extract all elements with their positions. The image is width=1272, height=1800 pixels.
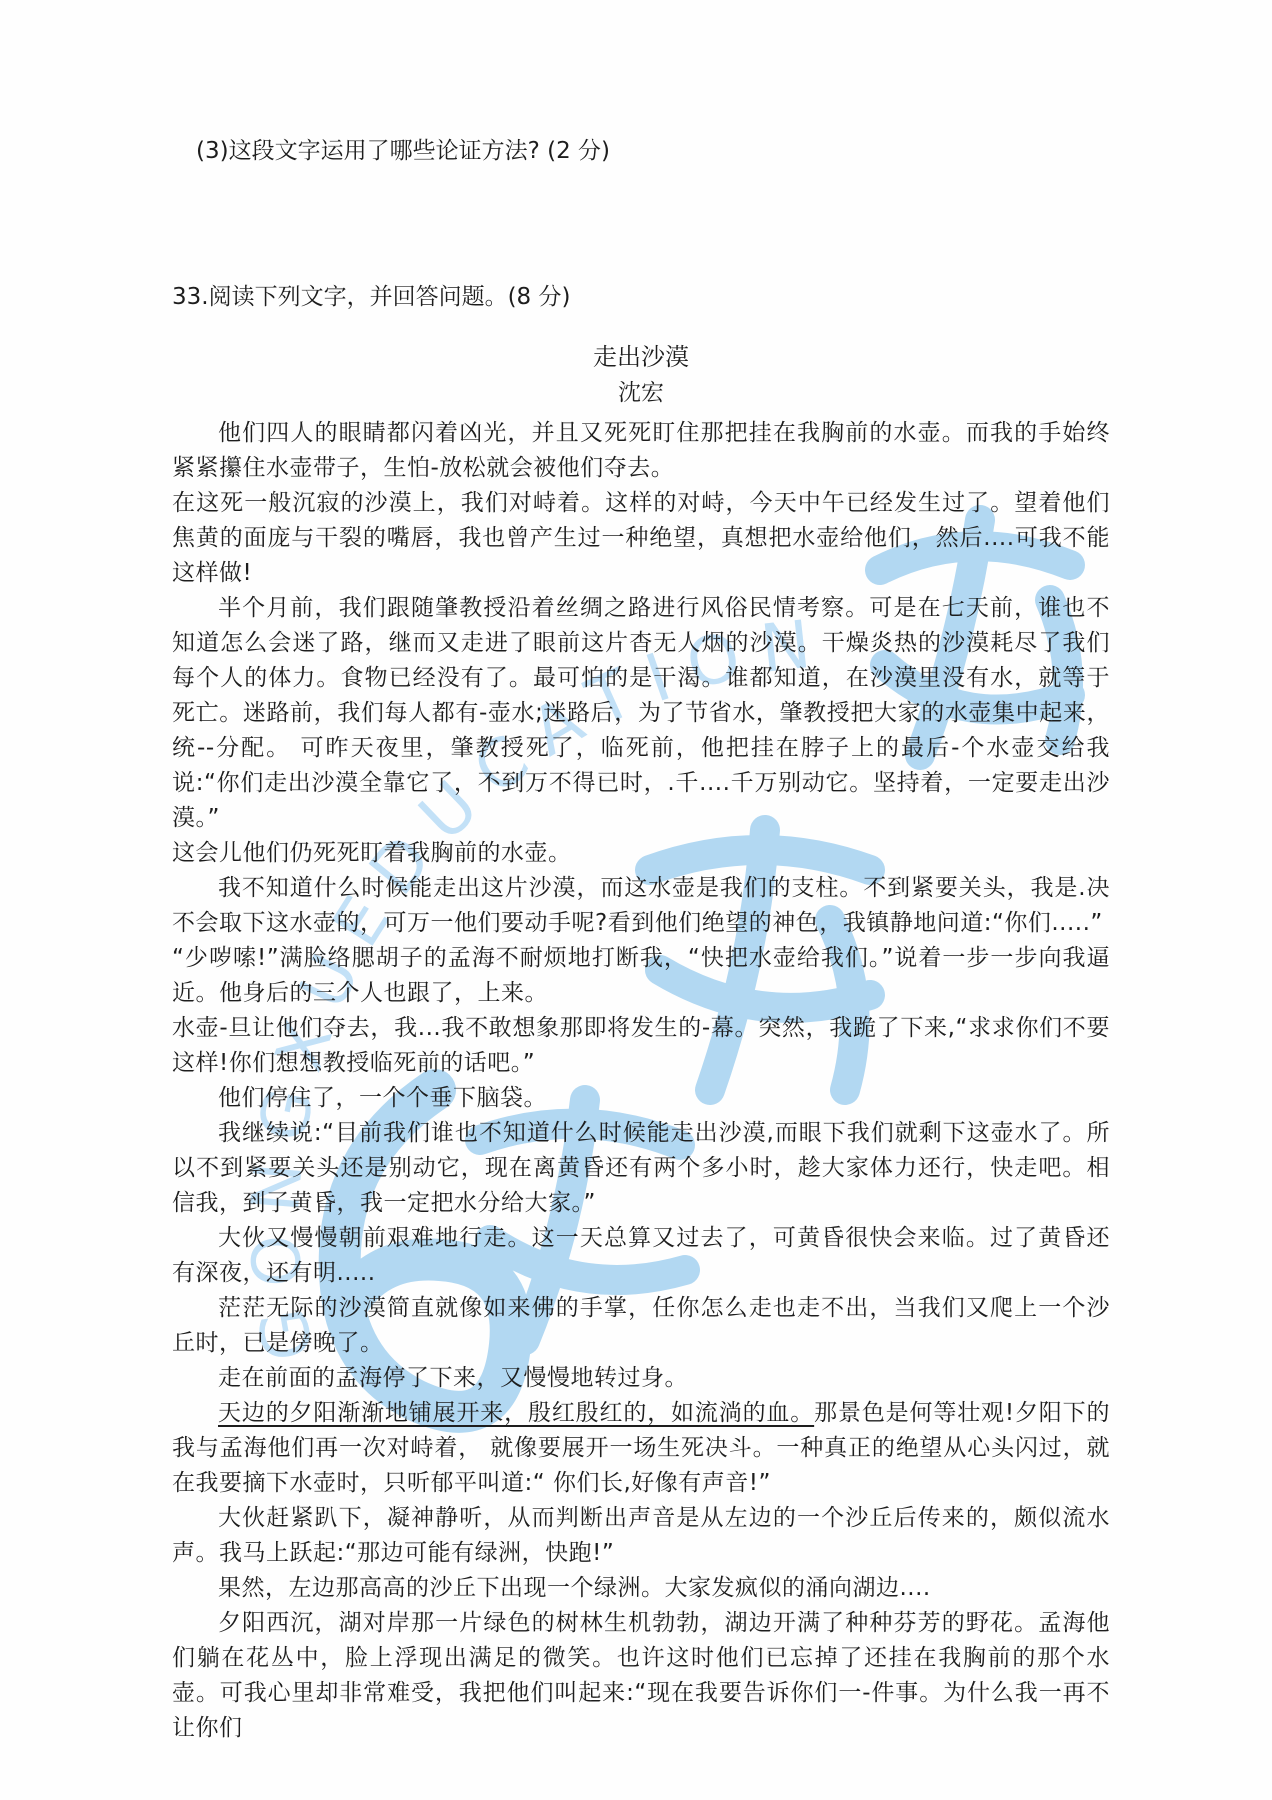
sentence-text: 果然，左边那高高的沙丘下出现一个绿洲。大家发疯似的涌向湖边.... [218, 1575, 931, 1601]
sentence-text: “少哕嗦!”满脸络腮胡子的孟海不耐烦地打断我，“快把水壶给我们。”说着一步一步向… [172, 945, 1110, 1006]
sentence-text: 水壶-旦让他们夺去，我...我不敢想象那即将发生的-幕。突然，我跪了下来,“求求… [172, 1015, 1110, 1076]
sentence-text: 我不知道什么时候能走出这片沙漠，而这水壶是我们的支柱。不到紧要关头，我是.决不会… [172, 875, 1110, 936]
sentence-text: 在这死一般沉寂的沙漠上，我们对峙着。这样的对峙，今天中午已经发生过了。望着他们焦… [172, 490, 1110, 586]
article-body: 他们四人的眼睛都闪着凶光，并且又死死盯住那把挂在我胸前的水壶。而我的手始终紧紧攥… [172, 416, 1110, 1746]
paragraph: 茫茫无际的沙漠简直就像如来佛的手掌，任你怎么走也走不出，当我们又爬上一个沙丘时，… [172, 1291, 1110, 1361]
paragraph: 在这死一般沉寂的沙漠上，我们对峙着。这样的对峙，今天中午已经发生过了。望着他们焦… [172, 486, 1110, 591]
reading-passage: 走出沙漠 沈宏 他们四人的眼睛都闪着凶光，并且又死死盯住那把挂在我胸前的水壶。而… [172, 340, 1110, 1746]
paragraph: 半个月前，我们跟随肇教授沿着丝绸之路进行风俗民情考察。可是在七天前，谁也不知道怎… [172, 591, 1110, 836]
paragraph: 我不知道什么时候能走出这片沙漠，而这水壶是我们的支柱。不到紧要关头，我是.决不会… [172, 871, 1110, 941]
sentence-text: 这会儿他们仍死死盯着我胸前的水壶。 [172, 840, 572, 866]
paragraph: 夕阳西沉，湖对岸那一片绿色的树林生机勃勃，湖边开满了种种芬芳的野花。孟海他们躺在… [172, 1606, 1110, 1746]
sentence-text: 他们停住了，一个个垂下脑袋。 [218, 1085, 547, 1111]
section-header-question-33: 33.阅读下列文字，并回答问题。(8 分) [172, 278, 570, 311]
paragraph: 他们停住了，一个个垂下脑袋。 [172, 1081, 1110, 1116]
sentence-text: 茫茫无际的沙漠简直就像如来佛的手掌，任你怎么走也走不出，当我们又爬上一个沙丘时，… [172, 1295, 1110, 1356]
paragraph: 我继续说:“目前我们谁也不知道什么时候能走出沙漠,而眼下我们就剩下这壶水了。所以… [172, 1116, 1110, 1221]
paragraph: 果然，左边那高高的沙丘下出现一个绿洲。大家发疯似的涌向湖边.... [172, 1571, 1110, 1606]
sentence-text: 我继续说:“目前我们谁也不知道什么时候能走出沙漠,而眼下我们就剩下这壶水了。所以… [172, 1120, 1110, 1216]
paragraph: 这会儿他们仍死死盯着我胸前的水壶。 [172, 836, 1110, 871]
sentence-text: 他们四人的眼睛都闪着凶光，并且又死死盯住那把挂在我胸前的水壶。而我的手始终紧紧攥… [172, 420, 1110, 481]
sentence-text: 大伙又慢慢朝前艰难地行走。这一天总算又过去了，可黄昏很快会来临。过了黄昏还有深夜… [172, 1225, 1110, 1286]
paragraph: “少哕嗦!”满脸络腮胡子的孟海不耐烦地打断我，“快把水壶给我们。”说着一步一步向… [172, 941, 1110, 1011]
sentence-text: 走在前面的孟海停了下来，又慢慢地转过身。 [218, 1365, 688, 1391]
paragraph: 走在前面的孟海停了下来，又慢慢地转过身。 [172, 1361, 1110, 1396]
sentence-text: 夕阳西沉，湖对岸那一片绿色的树林生机勃勃，湖边开满了种种芬芳的野花。孟海他们躺在… [172, 1610, 1110, 1741]
paragraph: 天边的夕阳渐渐地铺展开来，殷红殷红的，如流淌的血。那景色是何等壮观!夕阳下的我与… [172, 1396, 1110, 1501]
paragraph: 大伙又慢慢朝前艰难地行走。这一天总算又过去了，可黄昏很快会来临。过了黄昏还有深夜… [172, 1221, 1110, 1291]
paragraph: 大伙赶紧趴下，凝神静听，从而判断出声音是从左边的一个沙丘后传来的，颇似流水声。我… [172, 1501, 1110, 1571]
paragraph: 水壶-旦让他们夺去，我...我不敢想象那即将发生的-幕。突然，我跪了下来,“求求… [172, 1011, 1110, 1081]
sentence-text: 半个月前，我们跟随肇教授沿着丝绸之路进行风俗民情考察。可是在七天前，谁也不知道怎… [172, 595, 1110, 831]
passage-title: 走出沙漠 [172, 340, 1110, 374]
sentence-text: 大伙赶紧趴下，凝神静听，从而判断出声音是从左边的一个沙丘后传来的，颇似流水声。我… [172, 1505, 1110, 1566]
question-item-3: (3)这段文字运用了哪些论证方法? (2 分) [196, 132, 610, 165]
passage-author: 沈宏 [172, 376, 1110, 410]
paragraph: 他们四人的眼睛都闪着凶光，并且又死死盯住那把挂在我胸前的水壶。而我的手始终紧紧攥… [172, 416, 1110, 486]
document-page: GONGXUEDUCATION (3)这段文字运用了哪些论证方法? (2 分) … [0, 0, 1272, 1800]
underlined-sentence: 天边的夕阳渐渐地铺展开来，殷红殷红的，如流淌的血。 [218, 1400, 814, 1426]
